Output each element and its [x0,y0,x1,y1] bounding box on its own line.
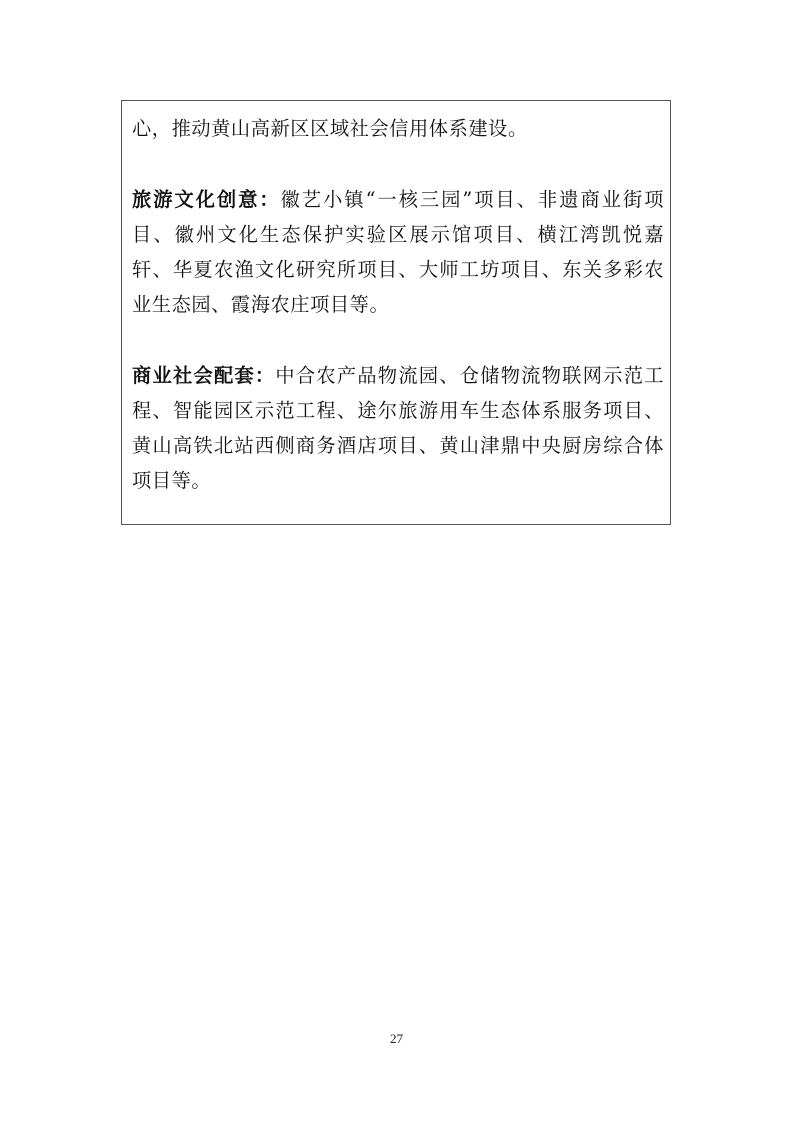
page-number: 27 [0,1031,793,1047]
section-commercial-supporting: 商业社会配套：中合农产品物流园、仓储物流物联网示范工程、智能园区示范工程、途尔旅… [132,358,664,498]
continuation-paragraph: 心，推动黄山高新区区域社会信用体系建设。 [132,111,664,146]
document-page: 心，推动黄山高新区区域社会信用体系建设。 旅游文化创意：徽艺小镇“一核三园”项目… [0,0,793,1122]
section-tourism-culture: 旅游文化创意：徽艺小镇“一核三园”项目、非遗商业街项目、徽州文化生态保护实验区展… [132,182,664,322]
section-heading: 旅游文化创意： [132,188,281,211]
content-table-cell: 心，推动黄山高新区区域社会信用体系建设。 旅游文化创意：徽艺小镇“一核三园”项目… [121,100,671,525]
section-heading: 商业社会配套： [132,364,275,387]
cell-content: 心，推动黄山高新区区域社会信用体系建设。 旅游文化创意：徽艺小镇“一核三园”项目… [132,111,664,498]
